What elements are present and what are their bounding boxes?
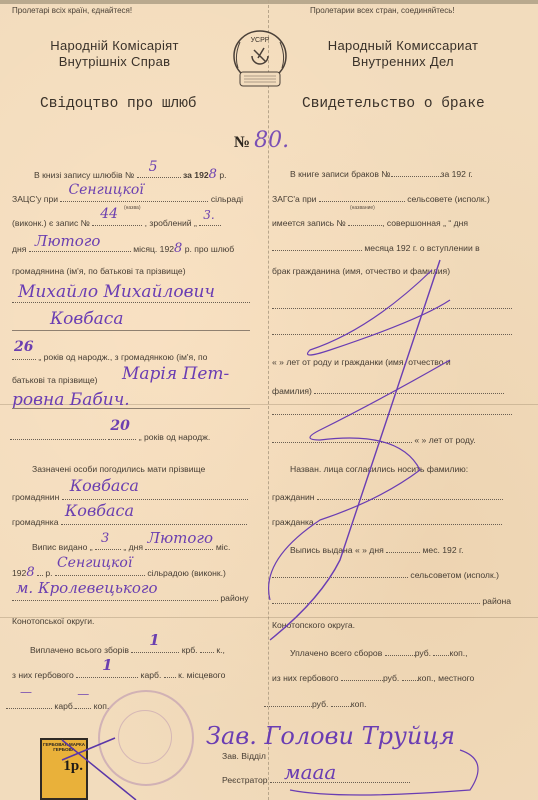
marriage-certificate: Пролетарі всіх країн, єднайтеся! Пролета…: [0, 0, 538, 800]
cancellation-strokes: [0, 0, 538, 800]
